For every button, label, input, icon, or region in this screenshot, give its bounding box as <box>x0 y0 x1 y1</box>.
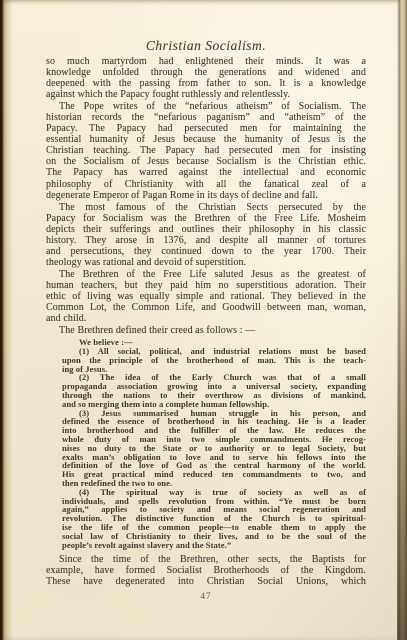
text-line: degenerate Emperor of Pagan Rome in its … <box>46 190 366 201</box>
text-line: human teachers, but they paid him no sup… <box>46 280 366 291</box>
text-line: historian records the “nefarious paganis… <box>46 112 366 123</box>
text-line: Papacy for Socialism was the Brethren of… <box>46 213 366 224</box>
paragraph: so much martyrdom had enlightened their … <box>46 56 366 100</box>
text-line: The Brethren defined their creed as foll… <box>46 325 366 336</box>
text-line: and persecutions, they continued down to… <box>46 246 366 257</box>
text-line: The Papacy has warred against the intell… <box>46 167 366 178</box>
paragraph: (4) The spiritual way is true of society… <box>62 488 366 550</box>
paragraph: The Brethren of the Free Life saluted Je… <box>46 269 366 324</box>
text-line: and child. <box>46 313 366 324</box>
text-line: These have degenerated into Christian So… <box>46 576 366 587</box>
text-line: Common Lot, the Common Life, and Goodwil… <box>46 302 366 313</box>
text-line: philosophy of Christianity with all the … <box>46 179 366 190</box>
text-line: The Brethren of the Free Life saluted Je… <box>46 269 366 280</box>
text-line: upon the principle of the brotherhood of… <box>62 356 366 365</box>
text-line: Since the time of the Brethren, other se… <box>46 554 366 565</box>
text-line: Papacy. The Papacy had persecuted men fo… <box>46 123 366 134</box>
binding-edge-shadow <box>0 0 13 640</box>
page-right-edge <box>397 0 407 640</box>
text-line: knowledge unfolded through the generatio… <box>46 67 366 78</box>
text-line: deepened with the passing from father to… <box>46 78 366 89</box>
paragraph: The most famous of the Christian Sects p… <box>46 202 366 268</box>
text-line: depicts their sufferings and outlines th… <box>46 224 366 235</box>
text-line: essential humanity of Jesus because the … <box>46 134 366 145</box>
text-line: on the Socialism of Jesus because Social… <box>46 156 366 167</box>
text-line: example, have formed Socialist Brotherho… <box>46 565 366 576</box>
text-line: The Pope writes of the “nefarious atheis… <box>46 101 366 112</box>
text-line: ethic of living was equally simple and r… <box>46 291 366 302</box>
page-number: 47 <box>46 591 366 601</box>
page-bottom-edge <box>0 634 407 640</box>
paragraph: Since the time of the Brethren, other se… <box>46 554 366 587</box>
text-line: The most famous of the Christian Sects p… <box>46 202 366 213</box>
paragraph: (1) All social, political, and industria… <box>62 347 366 373</box>
paragraph: The Brethren defined their creed as foll… <box>46 325 366 336</box>
paragraph: The Pope writes of the “nefarious atheis… <box>46 101 366 200</box>
running-head: Christian Socialism. <box>46 38 366 54</box>
text-line: so much martyrdom had enlightened their … <box>46 56 366 67</box>
text-line: history. They arose in 1376, and despite… <box>46 235 366 246</box>
text-line: Christian teaching. The Papacy had perse… <box>46 145 366 156</box>
paragraph: (3) Jesus summarised human struggle in h… <box>62 409 366 488</box>
page-content: Christian Socialism. so much martyrdom h… <box>46 0 366 601</box>
text-block: so much martyrdom had enlightened their … <box>46 56 366 587</box>
text-line: people’s revolt against slavery and the … <box>62 541 366 550</box>
text-line: theology was rational and devoid of supe… <box>46 257 366 268</box>
scanned-book-page: Christian Socialism. so much martyrdom h… <box>0 0 407 640</box>
text-line: against which the Papacy fought ruthless… <box>46 89 366 100</box>
paragraph: (2) The idea of the Early Church was tha… <box>62 373 366 408</box>
